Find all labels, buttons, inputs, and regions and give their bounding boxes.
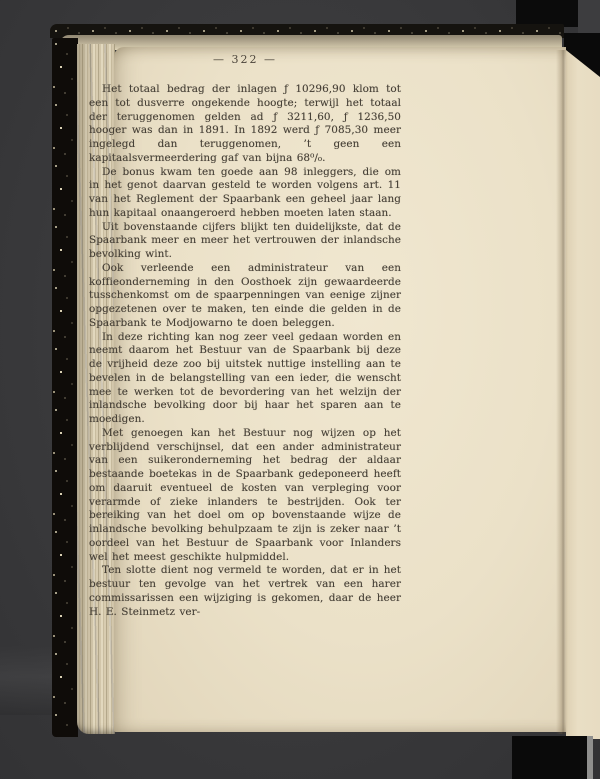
paragraph: In deze richting kan nog zeer veel gedaa… [89,331,401,427]
scanned-book-photo: — 322 — Het totaal bedrag der inlagen ƒ … [0,0,600,779]
facing-page-sliver [566,50,600,739]
page-text-block: Het totaal bedrag der inlagen ƒ 10296,90… [89,83,401,619]
page-number: — 322 — [89,53,401,66]
marbled-cover-edge [52,38,78,737]
paragraph: Het totaal bedrag der inlagen ƒ 10296,90… [89,83,401,166]
paragraph: Met genoegen kan het Bestuur nog wijzen … [89,427,401,565]
paragraph: Uit bovenstaande cijfers blijkt ten duid… [89,221,401,262]
page-gutter-crease [556,50,568,734]
paragraph: Ook verleende een administrateur van een… [89,262,401,331]
background-corner [578,0,600,34]
bottom-edge-highlight [587,736,593,779]
cover-opening-shadow [516,0,578,27]
bottom-gap-shadow [512,736,587,779]
paragraph: Ten slotte dient nog vermeld te worden, … [89,564,401,619]
paragraph: De bonus kwam ten goede aan 98 inleggers… [89,166,401,221]
